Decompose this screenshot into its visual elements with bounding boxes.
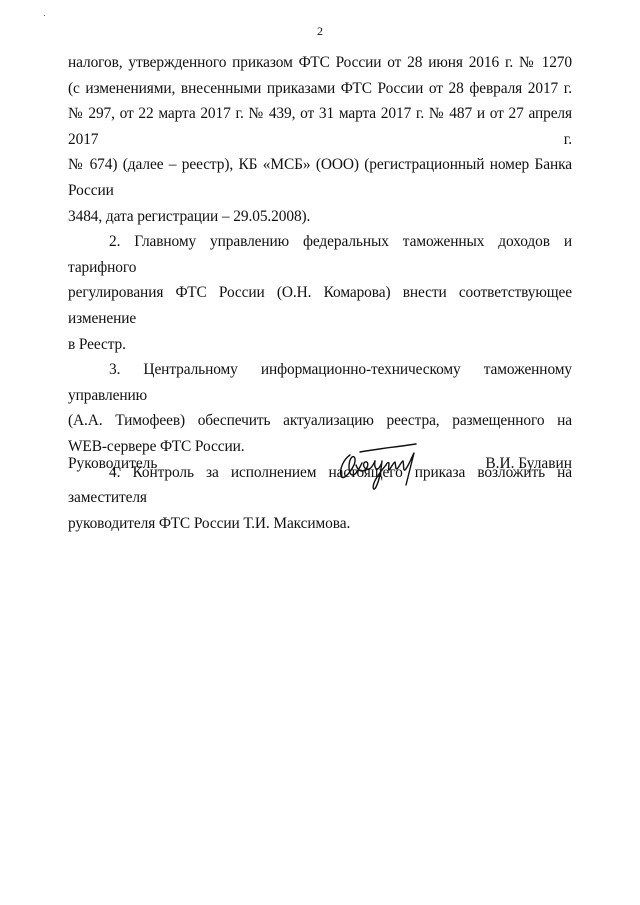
signatory-name: В.И. Булавин bbox=[485, 455, 572, 473]
text-line: регулирования ФТС России (О.Н. Комарова)… bbox=[68, 280, 572, 331]
text-line: (с изменениями, внесенными приказами ФТС… bbox=[68, 76, 572, 102]
text-line: № 297, от 22 марта 2017 г. № 439, от 31 … bbox=[68, 101, 572, 152]
text-line: руководителя ФТС России Т.И. Максимова. bbox=[68, 511, 572, 537]
text-line: налогов, утвержденного приказом ФТС Росс… bbox=[68, 50, 572, 76]
text-line: 2. Главному управлению федеральных тамож… bbox=[68, 229, 572, 280]
paragraph-1-continuation: налогов, утвержденного приказом ФТС Росс… bbox=[68, 50, 572, 229]
handwritten-signature-icon bbox=[336, 443, 426, 498]
page-number: 2 bbox=[0, 24, 640, 39]
signatory-role: Руководитель bbox=[68, 455, 157, 473]
text-line: (А.А. Тимофеев) обеспечить актуализацию … bbox=[68, 408, 572, 434]
paragraph-3: 3. Центральному информационно-техническо… bbox=[68, 357, 572, 459]
scan-artifact bbox=[44, 15, 45, 16]
signature-block: Руководитель В.И. Булавин bbox=[68, 455, 572, 495]
text-line: в Реестр. bbox=[68, 332, 572, 358]
text-line: 3. Центральному информационно-техническо… bbox=[68, 357, 572, 408]
text-line: № 674) (далее – реестр), КБ «МСБ» (ООО) … bbox=[68, 152, 572, 203]
paragraph-2: 2. Главному управлению федеральных тамож… bbox=[68, 229, 572, 357]
text-line: 3484, дата регистрации – 29.05.2008). bbox=[68, 204, 572, 230]
